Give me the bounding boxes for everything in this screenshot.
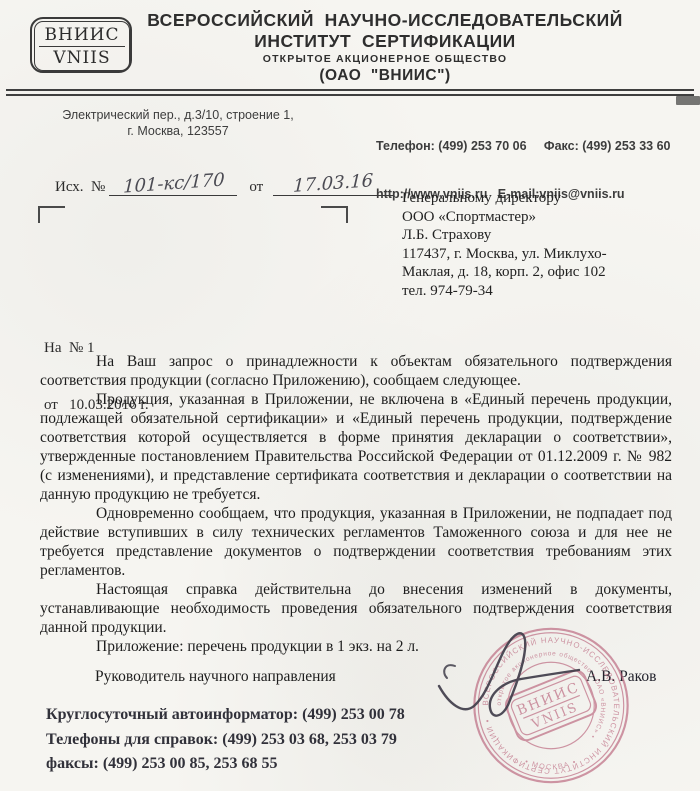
outgoing-from-label: от	[249, 179, 263, 195]
footer-inquiries: Телефоны для справок: (499) 253 03 68, 2…	[46, 728, 405, 753]
outgoing-date-blank: 17.03.16	[273, 173, 393, 196]
org-type: ОТКРЫТОЕ АКЦИОНЕРНОЕ ОБЩЕСТВО	[145, 52, 625, 66]
outgoing-number-line: Исх. №101-кс/170от17.03.16	[40, 156, 393, 213]
crop-mark-left	[38, 206, 65, 223]
body-paragraph: Продукция, указанная в Приложении, не вк…	[40, 390, 672, 504]
recipient-line: Л.Б. Страхову	[402, 226, 682, 245]
recipient-line: Маклая, д. 18, корп. 2, офис 102	[402, 263, 682, 282]
org-short-name: (ОАО "ВНИИС")	[145, 66, 625, 85]
vniis-logo: ВНИИС VNIIS	[30, 17, 132, 73]
signer-position: Руководитель научного направления	[95, 668, 336, 686]
footer-autoinformer: Круглосуточный автоинформатор: (499) 253…	[46, 703, 405, 728]
crop-mark-right	[321, 206, 348, 223]
org-header: ВСЕРОССИЙСКИЙ НАУЧНО-ИССЛЕДОВАТЕЛЬСКИЙ И…	[145, 10, 625, 85]
outgoing-number-handwritten: 101-кс/170	[118, 169, 228, 199]
body-paragraph: Одновременно сообщаем, что продукция, ук…	[40, 504, 672, 580]
org-address: Электрический пер., д.3/10, строение 1, …	[22, 107, 334, 139]
scanned-letter-page: ВНИИС VNIIS ВСЕРОССИЙСКИЙ НАУЧНО-ИССЛЕДО…	[0, 0, 700, 791]
double-rule	[6, 89, 694, 96]
recipient-line: ООО «Спортмастер»	[402, 208, 682, 227]
outgoing-date-handwritten: 17.03.16	[289, 170, 378, 198]
logo-text-ru: ВНИИС	[39, 25, 126, 47]
recipient-line: тел. 974-79-34	[402, 282, 682, 301]
pen-signature-icon	[433, 622, 589, 730]
outgoing-number-blank: 101-кс/170	[109, 173, 237, 196]
footer-phones: Круглосуточный автоинформатор: (499) 253…	[46, 703, 405, 777]
recipient-line: Генеральному директору	[402, 189, 682, 208]
address-line1: Электрический пер., д.3/10, строение 1,	[22, 107, 334, 123]
logo-text-en: VNIIS	[53, 47, 110, 68]
letter-body: На Ваш запрос о принадлежности к объекта…	[40, 352, 672, 656]
outgoing-label: Исх. №	[55, 179, 105, 195]
address-line2: г. Москва, 123557	[22, 123, 334, 139]
recipient-block: Генеральному директору ООО «Спортмастер»…	[402, 189, 682, 301]
recipient-line: 117437, г. Москва, ул. Миклухо-	[402, 245, 682, 264]
footer-faxes: факсы: (499) 253 00 85, 253 68 55	[46, 752, 405, 777]
org-name-line1: ВСЕРОССИЙСКИЙ НАУЧНО-ИССЛЕДОВАТЕЛЬСКИЙ	[145, 10, 625, 31]
scan-artifact	[676, 96, 700, 105]
org-name-line2: ИНСТИТУТ СЕРТИФИКАЦИИ	[145, 31, 625, 51]
contacts-phone-fax: Телефон: (499) 253 70 06 Факс: (499) 253…	[376, 138, 694, 154]
body-paragraph: На Ваш запрос о принадлежности к объекта…	[40, 352, 672, 390]
vniis-logo-inner: ВНИИС VNIIS	[34, 21, 130, 71]
